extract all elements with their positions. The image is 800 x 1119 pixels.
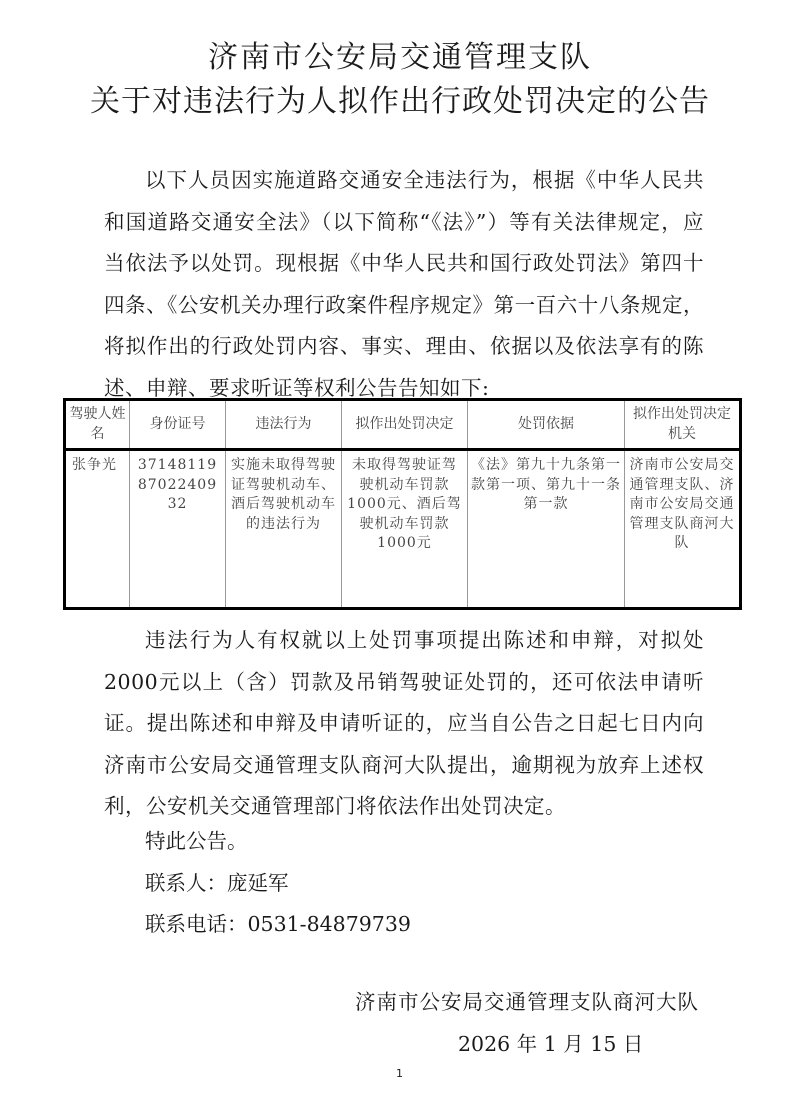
cell-driver-name: 张争光 <box>65 450 130 609</box>
header-id-number: 身份证号 <box>130 400 226 450</box>
cell-authority: 济南市公安局交通管理支队、济南市公安局交通管理支队商河大队 <box>625 450 741 609</box>
header-driver-name: 驾驶人姓名 <box>65 400 130 450</box>
page-number: 1 <box>396 1067 403 1080</box>
signature-date: 2026 年 1 月 15 日 <box>458 1027 643 1057</box>
document-title-line2: 关于对违法行为人拟作出行政处罚决定的公告 <box>0 76 800 120</box>
header-violation: 违法行为 <box>226 400 342 450</box>
penalty-table: 驾驶人姓名 身份证号 违法行为 拟作出处罚决定 处罚依据 拟作出处罚决定机关 张… <box>63 398 742 610</box>
rights-paragraph: 违法行为人有权就以上处罚事项提出陈述和申辩，对拟处2000元以上（含）罚款及吊销… <box>104 620 704 828</box>
header-authority: 拟作出处罚决定机关 <box>625 400 741 450</box>
table-row: 张争光 371481198702240932 实施未取得驾驶证驾驶机动车、酒后驾… <box>65 450 741 609</box>
contact-phone: 联系电话：0531-84879739 <box>145 907 411 937</box>
document-title-line1: 济南市公安局交通管理支队 <box>0 32 800 76</box>
header-penalty: 拟作出处罚决定 <box>342 400 468 450</box>
intro-paragraph: 以下人员因实施道路交通安全违法行为，根据《中华人民共和国道路交通安全法》（以下简… <box>104 160 704 409</box>
table-header-row: 驾驶人姓名 身份证号 违法行为 拟作出处罚决定 处罚依据 拟作出处罚决定机关 <box>65 400 741 450</box>
header-basis: 处罚依据 <box>468 400 625 450</box>
cell-id-number: 371481198702240932 <box>130 450 226 609</box>
closing-statement: 特此公告。 <box>145 824 248 854</box>
cell-basis: 《法》第九十九条第一款第一项、第九十一条第一款 <box>468 450 625 609</box>
cell-violation: 实施未取得驾驶证驾驶机动车、酒后驾驶机动车的违法行为 <box>226 450 342 609</box>
signature-organization: 济南市公安局交通管理支队商河大队 <box>355 985 699 1015</box>
contact-person: 联系人：庞延军 <box>145 866 289 896</box>
cell-penalty: 未取得驾驶证驾驶机动车罚款1000元、酒后驾驶机动车罚款1000元 <box>342 450 468 609</box>
